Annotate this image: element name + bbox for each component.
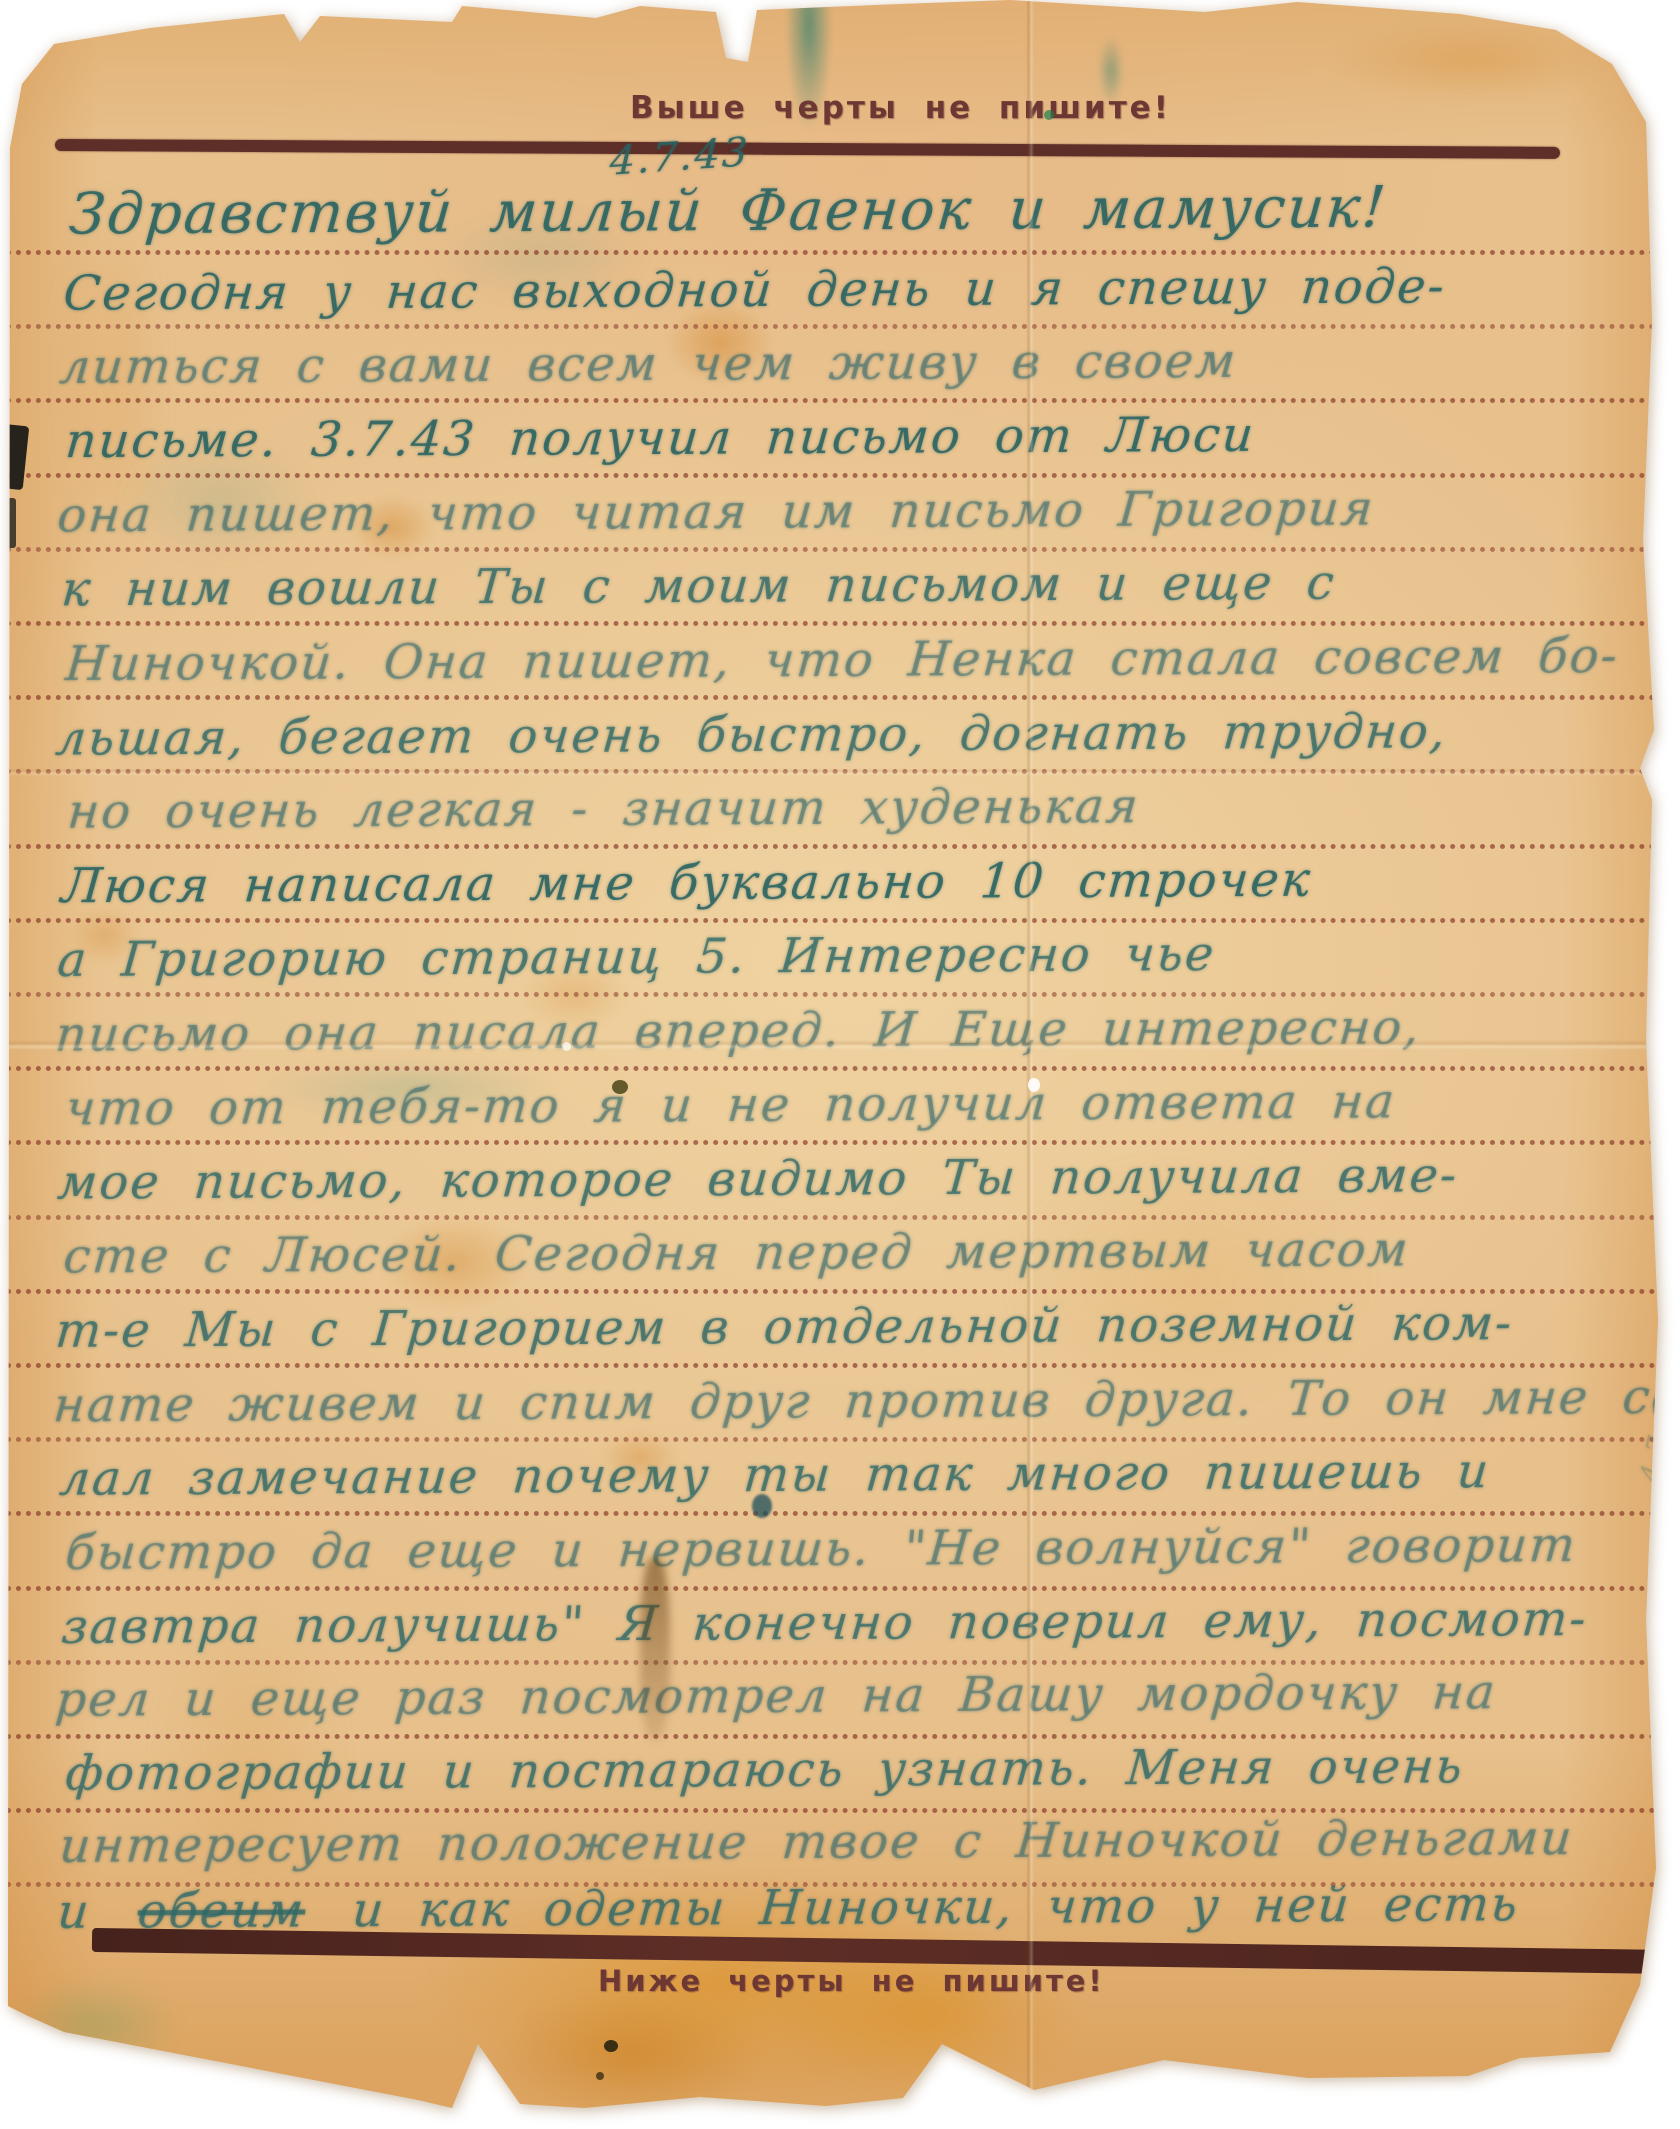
- ruled-line: [6, 1511, 1656, 1516]
- handwritten-line: лал замечание почему ты так много пишешь…: [57, 1443, 1492, 1506]
- ruled-line: [6, 324, 1656, 329]
- handwritten-line: письмо она писала вперед. И Еще интересн…: [53, 999, 1423, 1062]
- handwritten-line: к ним вошли Ты с моим письмом и еще с: [59, 555, 1338, 618]
- handwritten-line: сте с Люсей. Сегодня перед мертвым часом: [61, 1221, 1412, 1284]
- letter-paper: Выше черты не пишите! Ниже черты не пиши…: [0, 0, 1680, 2129]
- handwritten-line: нате живем и спим друг против друга. То …: [51, 1369, 1680, 1434]
- ruled-line: [6, 992, 1656, 997]
- ruled-line: [6, 547, 1656, 552]
- ink-blot: [752, 1494, 772, 1518]
- ruled-line: [6, 1140, 1656, 1145]
- handwritten-line: но очень легкая - значит худенькая: [65, 778, 1142, 840]
- line-word: и: [55, 1884, 93, 1940]
- handwritten-line: льшая, бегает очень быстро, догнать труд…: [53, 703, 1449, 766]
- handwritten-line: т-е Мы с Григорием в отдельной поземной …: [53, 1295, 1515, 1359]
- ruled-line: [6, 250, 1656, 255]
- ruled-line: [6, 695, 1656, 700]
- handwritten-line: а Григорию страниц 5. Интересно чье: [55, 926, 1217, 988]
- ruled-line: [6, 398, 1656, 403]
- ruled-line: [6, 473, 1656, 478]
- handwritten-line: фотографии и постараюсь узнать. Меня оче…: [63, 1738, 1466, 1801]
- handwritten-line: Ниночкой. Она пишет, что Ненка стала сов…: [63, 628, 1621, 692]
- ruled-line: [6, 844, 1656, 849]
- struck-word: обеим: [136, 1883, 308, 1940]
- form-footer-warning: Ниже черты не пишите!: [598, 1964, 1105, 1998]
- paper-hole: [562, 1042, 571, 1051]
- dark-spot: [612, 1080, 628, 1094]
- handwritten-line: быстро да еще и нервишь. "Не волнуйся" г…: [63, 1517, 1579, 1581]
- ruled-line: [6, 1289, 1656, 1294]
- ink-smudge: [10, 1978, 180, 2070]
- scan-background: Выше черты не пишите! Ниже черты не пиши…: [0, 0, 1680, 2129]
- handwritten-line: Люся написала мне буквально 10 строчек: [59, 852, 1314, 915]
- ruled-line: [6, 1437, 1656, 1442]
- ruled-line: [6, 769, 1656, 774]
- handwritten-line: Здравствуй милый Фаенок и мамусик!: [67, 175, 1390, 248]
- handwritten-line: что от тебя-то я и не получил ответа на: [63, 1074, 1398, 1137]
- handwritten-line: интересует положение твое с Ниночкой ден…: [57, 1810, 1575, 1874]
- dark-spot: [604, 2040, 618, 2052]
- stain: [1330, 20, 1610, 100]
- handwritten-line: она пишет, что читая им письмо Григория: [55, 481, 1377, 544]
- handwritten-line: и обеим и как одеты Ниночки, что у ней е…: [55, 1876, 1521, 1940]
- ink-blot: [0, 424, 29, 490]
- ruled-line: [6, 621, 1656, 626]
- ruled-line: [6, 1215, 1656, 1220]
- stain-drip: [640, 1558, 670, 1740]
- handwritten-line: рел и еще раз посмотрел на Вашу мордочку…: [53, 1664, 1499, 1728]
- form-top-line: [55, 139, 1560, 159]
- ruled-line: [6, 1586, 1656, 1591]
- handwritten-line: Сегодня у нас выходной день и я спешу по…: [61, 258, 1448, 321]
- ruled-line: [6, 918, 1656, 923]
- handwritten-date: 4.7.43: [609, 129, 751, 185]
- line-text: и как одеты Ниночки, что у ней есть: [350, 1876, 1521, 1938]
- handwritten-line: мое письмо, которое видимо Ты получила в…: [55, 1147, 1460, 1210]
- stain: [500, 1990, 760, 2120]
- ruled-line: [6, 1066, 1656, 1071]
- handwritten-line: завтра получишь" Я конечно поверил ему, …: [59, 1591, 1590, 1655]
- paper-hole: [1028, 1078, 1040, 1092]
- dark-spot: [1044, 110, 1054, 120]
- ruled-line: [6, 1363, 1656, 1368]
- paper-shadow: Выше черты не пишите! Ниже черты не пиши…: [0, 0, 1680, 2129]
- handwritten-line: литься с вами всем чем живу в своем: [57, 333, 1239, 395]
- ink-blot: [0, 498, 16, 548]
- dark-spot: [596, 2072, 604, 2080]
- handwritten-line: письме. 3.7.43 получил письмо от Люси: [63, 407, 1257, 469]
- form-header-warning: Выше черты не пишите!: [630, 90, 1171, 126]
